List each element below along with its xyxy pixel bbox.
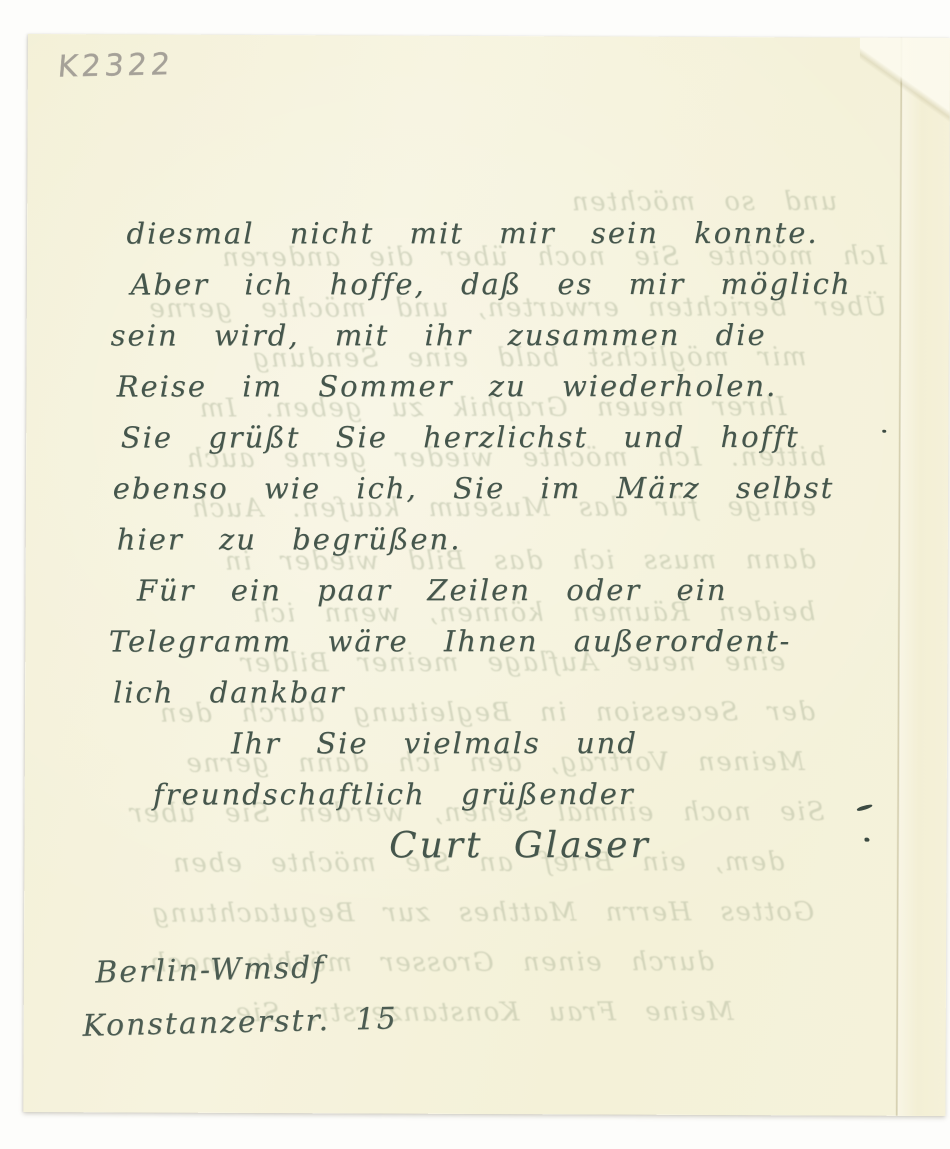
bleedthrough-line: Gottes Herrn Matthes zur Begutachtung [124,897,814,929]
address-line-street: Konstanzerstr. 15 [96,992,398,1052]
handwritten-line: Ihr Sie vielmals und [121,718,911,770]
handwritten-line: Aber ich hoffe, daß es mir möglich [121,259,911,311]
scan-background: K2322 und so möchtenIch möchte Sie noch … [0,0,950,1149]
handwritten-line: hier zu begrüßen. [121,514,911,566]
handwritten-line: Reise im Sommer zu wiederholen. [121,361,911,413]
ink-speck [882,430,886,433]
address-line-city: Berlin-Wmsdf [95,939,397,999]
address-block: Berlin-Wmsdf Konstanzerstr. 15 [95,939,399,1052]
signature: Curt Glaser [121,820,911,872]
letter-paper: K2322 und so möchtenIch möchte Sie noch … [23,34,950,1116]
handwritten-line: lich dankbar [121,667,911,719]
handwritten-line: ebenso wie ich, Sie im März selbst [121,463,911,515]
handwritten-line: Für ein paar Zeilen oder ein [121,565,911,617]
handwritten-line: Sie grüßt Sie herzlichst und hofft [121,412,911,464]
handwritten-line: Telegramm wäre Ihnen außerordent- [121,616,911,668]
handwritten-line: diesmal nicht mit mir sein konnte. [121,208,911,260]
handwritten-line: sein wird, mit ihr zusammen die [121,310,911,362]
handwritten-line: freundschaftlich grüßender [121,769,911,821]
letter-body: diesmal nicht mit mir sein konnte. Aber … [121,208,912,872]
ink-speck [864,838,869,842]
